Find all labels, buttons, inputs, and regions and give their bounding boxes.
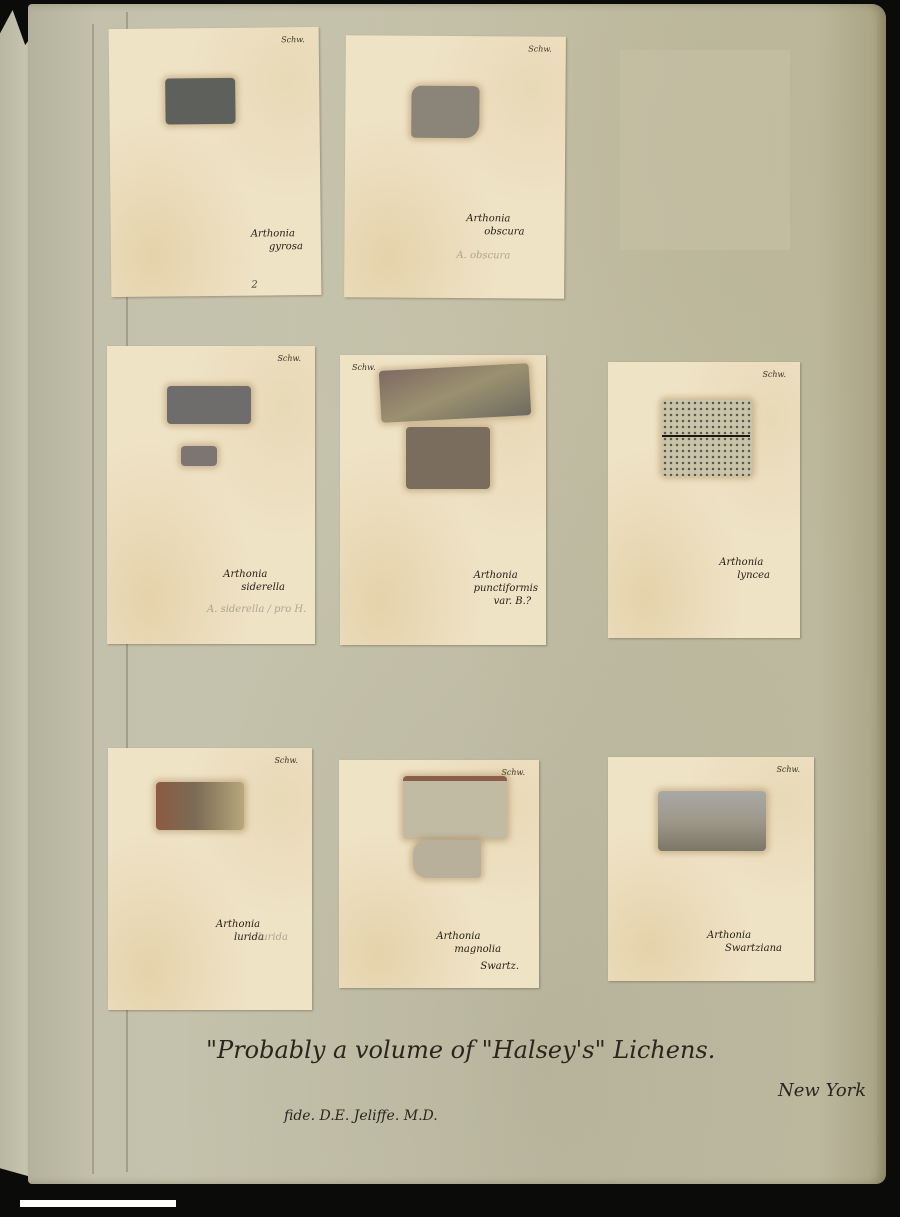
specimen-label-gyrosa: Schw. Arthoniagyrosa 2 [109,27,322,297]
lichen-specimen [156,782,244,830]
specimen-label-punctiformis: Schw. Arthonia punctiformis var. B.? [340,355,546,645]
specimen-label-magnolia: Schw. Arthoniamagnolia Swartz. [339,760,539,988]
collector-abbr: Schw. [528,45,552,54]
lichen-specimen-upper [379,363,532,423]
species-name: Arthonia punctiformis var. B.? [474,569,538,608]
page-fold [92,24,94,1174]
lichen-specimen [658,791,766,851]
collector-abbr: Schw. [352,363,376,372]
collector-abbr: Schw. [762,370,786,379]
species-name: Arthoniasiderella [223,568,285,594]
pencil-annotation: A. siderella / pro H. [207,604,306,615]
pencil-annotation: lurida [258,932,288,943]
lichen-specimen [165,78,235,125]
lichen-specimen [411,86,479,138]
collector-abbr: Schw. [281,35,305,44]
scale-bar [20,1200,176,1207]
species-name: Arthoniamagnolia Swartz. [436,930,519,973]
pencil-annotation: A. obscura [456,250,510,261]
attribution-note: fide. D.E. Jeliffe. M.D. [284,1108,438,1124]
species-name: Arthoniagyrosa [251,227,303,254]
pencil-mark: 2 [251,280,257,291]
collector-abbr: Schw. [274,756,298,765]
species-name: Arthonialyncea [719,556,770,582]
missing-label-ghost [620,50,790,250]
collector-abbr: Schw. [277,354,301,363]
lichen-specimen-fragment [181,446,217,466]
lichen-specimen-upper [403,776,507,839]
specimen-label-obscura: Schw. Arthoniaobscura A. obscura [344,35,566,299]
lichen-specimen-lower [413,840,481,878]
collector-abbr: Schw. [776,765,800,774]
species-name: Arthonialurida [216,918,264,944]
specimen-label-swartziana: Schw. ArthoniaSwartziana [608,757,814,981]
lichen-specimen [167,386,251,424]
crack-line [662,435,750,437]
species-name: Arthoniaobscura [466,212,525,238]
lichen-specimen [662,400,752,476]
specimen-label-lyncea: Schw. Arthonialyncea [608,362,800,638]
species-name: ArthoniaSwartziana [707,929,782,955]
specimen-label-siderella: Schw. Arthoniasiderella A. siderella / p… [107,346,315,644]
place-note: New York [778,1080,866,1101]
provenance-note: "Probably a volume of "Halsey's" Lichens… [206,1036,715,1064]
specimen-label-lurida: Schw. Arthonialurida lurida [108,748,312,1010]
lichen-specimen-lower [406,427,490,489]
